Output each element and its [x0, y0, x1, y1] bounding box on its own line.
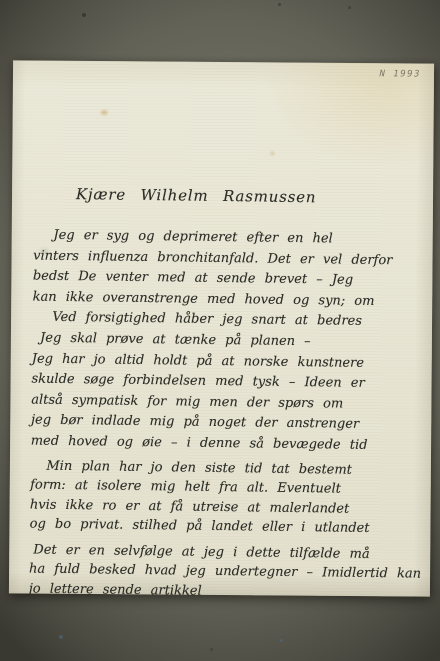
archival-number: N 1993	[379, 69, 421, 79]
letter-line: med hoved og øie – i denne så bevægede t…	[31, 431, 409, 457]
dust-speck	[278, 3, 281, 6]
letter-line: og bo privat. stilhed på landet eller i …	[30, 515, 408, 539]
dust-speck	[210, 648, 213, 651]
paper-stain	[270, 151, 274, 155]
photograph-backdrop: N 1993 Kjære Wilhelm Rasmussen Jeg er sy…	[0, 0, 440, 661]
letter-paper: N 1993 Kjære Wilhelm Rasmussen Jeg er sy…	[9, 60, 434, 596]
salutation: Kjære Wilhelm Rasmussen	[34, 181, 412, 212]
paper-stain	[101, 110, 108, 115]
dust-speck	[280, 639, 283, 642]
dust-speck	[348, 6, 351, 9]
letter-text: Kjære Wilhelm Rasmussen Jeg er syg og de…	[29, 181, 412, 604]
dust-speck	[59, 635, 63, 639]
dust-speck	[82, 13, 86, 17]
